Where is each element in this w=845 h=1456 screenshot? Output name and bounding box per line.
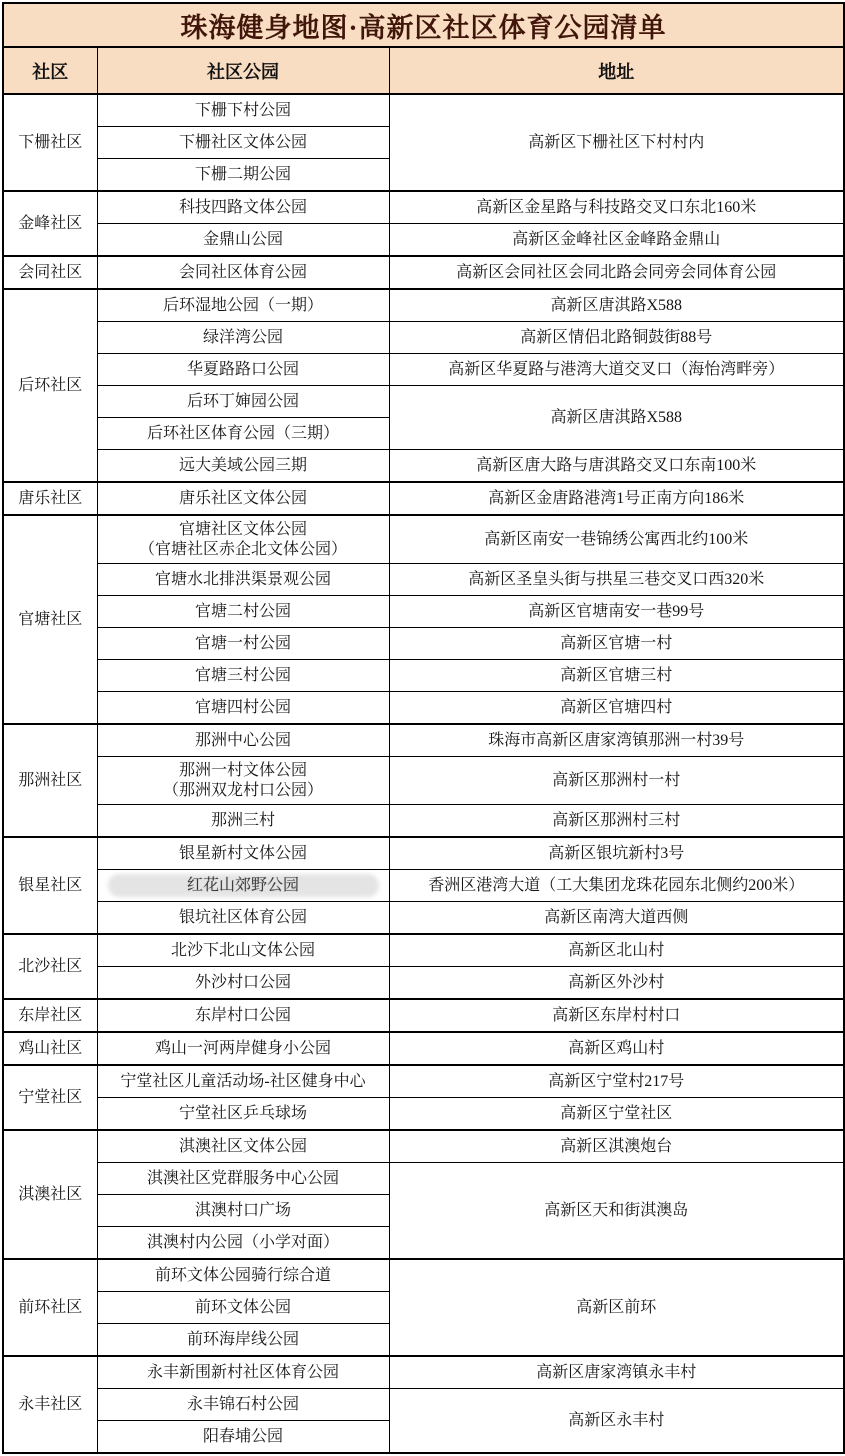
address-cell: 高新区天和街淇澳岛	[389, 1163, 844, 1260]
table-row: 银坑社区体育公园高新区南湾大道西侧	[3, 902, 844, 935]
address-cell: 高新区官塘四村	[389, 692, 844, 725]
park-cell: 远大美域公园三期	[97, 450, 389, 483]
park-cell: 鸡山一河两岸健身小公园	[97, 1032, 389, 1065]
table-row: 华夏路路口公园高新区华夏路与港湾大道交叉口（海怡湾畔旁）	[3, 354, 844, 386]
community-cell: 下栅社区	[3, 94, 97, 191]
park-cell: 银星新村文体公园	[97, 837, 389, 870]
park-cell: 后环湿地公园（一期）	[97, 289, 389, 322]
table-row: 宁堂社区宁堂社区儿童活动场-社区健身中心高新区宁堂村217号	[3, 1065, 844, 1098]
table-row: 官塘三村公园高新区官塘三村	[3, 660, 844, 692]
park-cell: 绿洋湾公园	[97, 322, 389, 354]
park-cell: 北沙下北山文体公园	[97, 934, 389, 967]
table-row: 淇澳社区党群服务中心公园高新区天和街淇澳岛	[3, 1163, 844, 1195]
park-cell: 前环文体公园	[97, 1292, 389, 1324]
title-row: 珠海健身地图·高新区社区体育公园清单	[3, 3, 844, 47]
park-cell: 永丰锦石村公园	[97, 1389, 389, 1421]
community-cell: 鸡山社区	[3, 1032, 97, 1065]
park-cell: 官塘社区文体公园（官塘社区赤企北文体公园）	[97, 515, 389, 564]
column-header-address: 地址	[389, 47, 844, 94]
park-cell: 下栅二期公园	[97, 159, 389, 192]
park-cell: 淇澳社区文体公园	[97, 1130, 389, 1163]
table-row: 官塘水北排洪渠景观公园高新区圣皇头街与拱星三巷交叉口西320米	[3, 564, 844, 596]
park-cell: 官塘四村公园	[97, 692, 389, 725]
address-cell: 高新区淇澳炮台	[389, 1130, 844, 1163]
park-cell: 下栅社区文体公园	[97, 127, 389, 159]
park-cell: 前环海岸线公园	[97, 1324, 389, 1357]
table-row: 绿洋湾公园高新区情侣北路铜鼓街88号	[3, 322, 844, 354]
table-row: 北沙社区北沙下北山文体公园高新区北山村	[3, 934, 844, 967]
community-cell: 前环社区	[3, 1259, 97, 1356]
table-row: 银星社区银星新村文体公园高新区银坑新村3号	[3, 837, 844, 870]
park-cell: 下栅下村公园	[97, 94, 389, 127]
address-cell: 高新区圣皇头街与拱星三巷交叉口西320米	[389, 564, 844, 596]
page: 珠海健身地图·高新区社区体育公园清单 社区 社区公园 地址 下栅社区下栅下村公园…	[0, 0, 845, 1456]
table-row: 东岸社区东岸村口公园高新区东岸村村口	[3, 999, 844, 1032]
table-row: 远大美域公园三期高新区唐大路与唐淇路交叉口东南100米	[3, 450, 844, 483]
table-row: 那洲一村文体公园（那洲双龙村口公园）高新区那洲村一村	[3, 757, 844, 805]
address-cell: 高新区官塘三村	[389, 660, 844, 692]
table-row: 鸡山社区鸡山一河两岸健身小公园高新区鸡山村	[3, 1032, 844, 1065]
address-cell: 高新区官塘一村	[389, 628, 844, 660]
address-cell: 高新区情侣北路铜鼓街88号	[389, 322, 844, 354]
park-cell: 会同社区体育公园	[97, 256, 389, 289]
address-cell: 高新区唐大路与唐淇路交叉口东南100米	[389, 450, 844, 483]
column-header-community: 社区	[3, 47, 97, 94]
address-cell: 高新区宁堂村217号	[389, 1065, 844, 1098]
park-cell: 前环文体公园骑行综合道	[97, 1259, 389, 1292]
table-body: 下栅社区下栅下村公园高新区下栅社区下村村内下栅社区文体公园下栅二期公园金峰社区科…	[3, 94, 844, 1453]
park-cell: 官塘水北排洪渠景观公园	[97, 564, 389, 596]
table-row: 下栅社区下栅下村公园高新区下栅社区下村村内	[3, 94, 844, 127]
address-cell: 高新区唐淇路X588	[389, 289, 844, 322]
address-cell: 高新区唐家湾镇永丰村	[389, 1356, 844, 1389]
park-cell: 华夏路路口公园	[97, 354, 389, 386]
park-cell: 红花山郊野公园	[97, 870, 389, 902]
address-cell: 高新区官塘南安一巷99号	[389, 596, 844, 628]
park-cell: 官塘一村公园	[97, 628, 389, 660]
table-row: 红花山郊野公园香洲区港湾大道（工大集团龙珠花园东北侧约200米）	[3, 870, 844, 902]
community-cell: 银星社区	[3, 837, 97, 934]
park-cell: 淇澳社区党群服务中心公园	[97, 1163, 389, 1195]
address-cell: 高新区那洲村一村	[389, 757, 844, 805]
address-cell: 高新区北山村	[389, 934, 844, 967]
table-row: 永丰社区永丰新围新村社区体育公园高新区唐家湾镇永丰村	[3, 1356, 844, 1389]
table-row: 官塘一村公园高新区官塘一村	[3, 628, 844, 660]
community-cell: 会同社区	[3, 256, 97, 289]
community-cell: 北沙社区	[3, 934, 97, 999]
address-cell: 高新区金唐路港湾1号正南方向186米	[389, 482, 844, 515]
address-cell: 高新区会同社区会同北路会同旁会同体育公园	[389, 256, 844, 289]
table-row: 金鼎山公园高新区金峰社区金峰路金鼎山	[3, 224, 844, 257]
table-head: 珠海健身地图·高新区社区体育公园清单 社区 社区公园 地址	[3, 3, 844, 94]
park-cell: 后环丁婶园公园	[97, 386, 389, 418]
table-row: 那洲三村高新区那洲村三村	[3, 805, 844, 838]
park-cell: 东岸村口公园	[97, 999, 389, 1032]
community-cell: 金峰社区	[3, 191, 97, 256]
table-row: 唐乐社区唐乐社区文体公园高新区金唐路港湾1号正南方向186米	[3, 482, 844, 515]
address-cell: 高新区下栅社区下村村内	[389, 94, 844, 191]
page-title: 珠海健身地图·高新区社区体育公园清单	[3, 3, 844, 47]
address-cell: 高新区宁堂社区	[389, 1098, 844, 1131]
community-cell: 淇澳社区	[3, 1130, 97, 1259]
community-cell: 东岸社区	[3, 999, 97, 1032]
community-cell: 唐乐社区	[3, 482, 97, 515]
table-row: 宁堂社区乒乓球场高新区宁堂社区	[3, 1098, 844, 1131]
table-row: 淇澳社区淇澳社区文体公园高新区淇澳炮台	[3, 1130, 844, 1163]
table-row: 会同社区会同社区体育公园高新区会同社区会同北路会同旁会同体育公园	[3, 256, 844, 289]
park-cell: 那洲一村文体公园（那洲双龙村口公园）	[97, 757, 389, 805]
address-cell: 高新区外沙村	[389, 967, 844, 1000]
park-cell: 宁堂社区乒乓球场	[97, 1098, 389, 1131]
community-cell: 官塘社区	[3, 515, 97, 724]
address-cell: 高新区南湾大道西侧	[389, 902, 844, 935]
table-row: 官塘二村公园高新区官塘南安一巷99号	[3, 596, 844, 628]
park-cell: 官塘三村公园	[97, 660, 389, 692]
park-cell: 金鼎山公园	[97, 224, 389, 257]
address-cell: 高新区鸡山村	[389, 1032, 844, 1065]
community-cell: 永丰社区	[3, 1356, 97, 1453]
community-cell: 后环社区	[3, 289, 97, 482]
table-row: 官塘社区官塘社区文体公园（官塘社区赤企北文体公园）高新区南安一巷锦绣公寓西北约1…	[3, 515, 844, 564]
address-cell: 高新区银坑新村3号	[389, 837, 844, 870]
park-cell: 淇澳村内公园（小学对面）	[97, 1227, 389, 1260]
table-row: 永丰锦石村公园高新区永丰村	[3, 1389, 844, 1421]
address-cell: 高新区唐淇路X588	[389, 386, 844, 450]
park-cell: 那洲三村	[97, 805, 389, 838]
table-row: 后环社区后环湿地公园（一期）高新区唐淇路X588	[3, 289, 844, 322]
address-cell: 高新区南安一巷锦绣公寓西北约100米	[389, 515, 844, 564]
park-cell: 唐乐社区文体公园	[97, 482, 389, 515]
park-cell: 后环社区体育公园（三期）	[97, 418, 389, 450]
table-row: 前环社区前环文体公园骑行综合道高新区前环	[3, 1259, 844, 1292]
park-cell: 外沙村口公园	[97, 967, 389, 1000]
table-row: 金峰社区科技四路文体公园高新区金星路与科技路交叉口东北160米	[3, 191, 844, 224]
park-cell: 科技四路文体公园	[97, 191, 389, 224]
table-row: 外沙村口公园高新区外沙村	[3, 967, 844, 1000]
parks-table: 珠海健身地图·高新区社区体育公园清单 社区 社区公园 地址 下栅社区下栅下村公园…	[2, 2, 845, 1454]
address-cell: 高新区永丰村	[389, 1389, 844, 1454]
park-cell: 那洲中心公园	[97, 724, 389, 757]
park-cell: 阳春埔公园	[97, 1421, 389, 1454]
park-cell: 永丰新围新村社区体育公园	[97, 1356, 389, 1389]
park-cell: 宁堂社区儿童活动场-社区健身中心	[97, 1065, 389, 1098]
address-cell: 高新区金星路与科技路交叉口东北160米	[389, 191, 844, 224]
column-header-park: 社区公园	[97, 47, 389, 94]
address-cell: 珠海市高新区唐家湾镇那洲一村39号	[389, 724, 844, 757]
table-row: 官塘四村公园高新区官塘四村	[3, 692, 844, 725]
park-cell: 银坑社区体育公园	[97, 902, 389, 935]
table-row: 后环丁婶园公园高新区唐淇路X588	[3, 386, 844, 418]
community-cell: 那洲社区	[3, 724, 97, 837]
park-cell: 官塘二村公园	[97, 596, 389, 628]
community-cell: 宁堂社区	[3, 1065, 97, 1130]
address-cell: 高新区金峰社区金峰路金鼎山	[389, 224, 844, 257]
address-cell: 高新区那洲村三村	[389, 805, 844, 838]
address-cell: 高新区华夏路与港湾大道交叉口（海怡湾畔旁）	[389, 354, 844, 386]
park-cell: 淇澳村口广场	[97, 1195, 389, 1227]
table-row: 那洲社区那洲中心公园珠海市高新区唐家湾镇那洲一村39号	[3, 724, 844, 757]
address-cell: 高新区东岸村村口	[389, 999, 844, 1032]
header-row: 社区 社区公园 地址	[3, 47, 844, 94]
address-cell: 高新区前环	[389, 1259, 844, 1356]
address-cell: 香洲区港湾大道（工大集团龙珠花园东北侧约200米）	[389, 870, 844, 902]
